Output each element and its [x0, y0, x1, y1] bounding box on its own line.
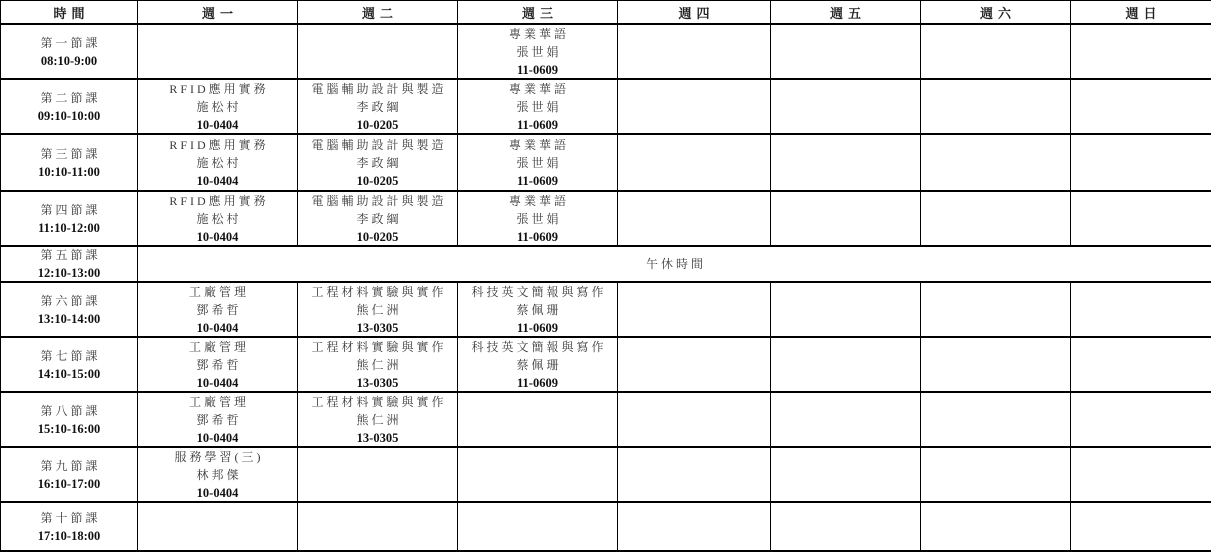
course-name: 工程材料實驗與實作: [298, 394, 457, 410]
teacher-name: 張世娟: [458, 155, 617, 171]
period-label: 第七節課: [1, 348, 137, 364]
teacher-name: 林邦傑: [138, 467, 297, 483]
period-time: 17:10-18:00: [1, 528, 137, 544]
room-number: 10-0205: [298, 117, 457, 133]
room-number: 10-0404: [138, 485, 297, 501]
period-label: 第六節課: [1, 293, 137, 309]
course-name: 服務學習(三): [138, 449, 297, 465]
empty-cell: [298, 447, 458, 502]
empty-cell: [921, 447, 1071, 502]
room-number: 11-0609: [458, 320, 617, 336]
teacher-name: 李政綱: [298, 211, 457, 227]
teacher-name: 熊仁洲: [298, 302, 457, 318]
empty-cell: [458, 502, 618, 551]
empty-cell: [771, 191, 921, 246]
period-time-cell: 第九節課16:10-17:00: [1, 447, 138, 502]
empty-cell: [921, 24, 1071, 79]
room-number: 10-0404: [138, 117, 297, 133]
period-time: 09:10-10:00: [1, 108, 137, 124]
empty-cell: [1071, 337, 1211, 392]
timetable-row: 第四節課11:10-12:00RFID應用實務施松村10-0404電腦輔助設計與…: [1, 191, 1211, 246]
period-time: 15:10-16:00: [1, 421, 137, 437]
period-time-cell: 第七節課14:10-15:00: [1, 337, 138, 392]
room-number: 11-0609: [458, 375, 617, 391]
header-tuesday: 週二: [298, 1, 458, 25]
timetable-row: 第五節課12:10-13:00午休時間: [1, 246, 1211, 282]
course-name: RFID應用實務: [138, 81, 297, 97]
room-number: 10-0205: [298, 173, 457, 189]
empty-cell: [771, 392, 921, 447]
course-cell: 科技英文簡報與寫作蔡佩珊11-0609: [458, 282, 618, 337]
empty-cell: [1071, 502, 1211, 551]
empty-cell: [771, 24, 921, 79]
course-cell: 工程材料實驗與實作熊仁洲13-0305: [298, 337, 458, 392]
empty-cell: [1071, 282, 1211, 337]
timetable-body: 第一節課08:10-9:00專業華語張世娟11-0609第二節課09:10-10…: [1, 24, 1211, 551]
course-cell: 電腦輔助設計與製造李政綱10-0205: [298, 134, 458, 191]
empty-cell: [921, 502, 1071, 551]
empty-cell: [1071, 392, 1211, 447]
empty-cell: [1071, 134, 1211, 191]
period-time: 11:10-12:00: [1, 220, 137, 236]
empty-cell: [138, 502, 298, 551]
course-cell: 工廠管理鄧希哲10-0404: [138, 337, 298, 392]
room-number: 10-0404: [138, 375, 297, 391]
timetable-row: 第二節課09:10-10:00RFID應用實務施松村10-0404電腦輔助設計與…: [1, 79, 1211, 134]
course-name: 專業華語: [458, 137, 617, 153]
course-cell: RFID應用實務施松村10-0404: [138, 134, 298, 191]
empty-cell: [298, 502, 458, 551]
period-time: 08:10-9:00: [1, 53, 137, 69]
course-name: 電腦輔助設計與製造: [298, 137, 457, 153]
teacher-name: 施松村: [138, 99, 297, 115]
timetable-row: 第八節課15:10-16:00工廠管理鄧希哲10-0404工程材料實驗與實作熊仁…: [1, 392, 1211, 447]
teacher-name: 張世娟: [458, 211, 617, 227]
room-number: 10-0404: [138, 173, 297, 189]
course-name: RFID應用實務: [138, 137, 297, 153]
header-wednesday: 週三: [458, 1, 618, 25]
timetable-row: 第三節課10:10-11:00RFID應用實務施松村10-0404電腦輔助設計與…: [1, 134, 1211, 191]
period-label: 第四節課: [1, 202, 137, 218]
empty-cell: [458, 392, 618, 447]
timetable-row: 第七節課14:10-15:00工廠管理鄧希哲10-0404工程材料實驗與實作熊仁…: [1, 337, 1211, 392]
empty-cell: [771, 337, 921, 392]
course-cell: RFID應用實務施松村10-0404: [138, 79, 298, 134]
empty-cell: [1071, 447, 1211, 502]
period-label: 第十節課: [1, 510, 137, 526]
room-number: 11-0609: [458, 173, 617, 189]
empty-cell: [618, 447, 771, 502]
teacher-name: 施松村: [138, 155, 297, 171]
timetable-table: 時間 週一 週二 週三 週四 週五 週六 週日 第一節課08:10-9:00專業…: [0, 0, 1211, 552]
empty-cell: [771, 502, 921, 551]
period-time: 13:10-14:00: [1, 311, 137, 327]
room-number: 13-0305: [298, 430, 457, 446]
empty-cell: [618, 337, 771, 392]
empty-cell: [618, 79, 771, 134]
lunch-break-cell: 午休時間: [138, 246, 1211, 282]
empty-cell: [921, 191, 1071, 246]
header-saturday: 週六: [921, 1, 1071, 25]
empty-cell: [771, 79, 921, 134]
course-cell: 專業華語張世娟11-0609: [458, 134, 618, 191]
empty-cell: [921, 282, 1071, 337]
course-name: 專業華語: [458, 193, 617, 209]
empty-cell: [618, 191, 771, 246]
period-time-cell: 第三節課10:10-11:00: [1, 134, 138, 191]
course-name: 工廠管理: [138, 284, 297, 300]
period-time-cell: 第一節課08:10-9:00: [1, 24, 138, 79]
period-time: 12:10-13:00: [1, 265, 137, 281]
header-time: 時間: [1, 1, 138, 25]
timetable: 時間 週一 週二 週三 週四 週五 週六 週日 第一節課08:10-9:00專業…: [0, 0, 1211, 558]
timetable-row: 第九節課16:10-17:00服務學習(三)林邦傑10-0404: [1, 447, 1211, 502]
course-name: 電腦輔助設計與製造: [298, 81, 457, 97]
course-name: 科技英文簡報與寫作: [458, 284, 617, 300]
header-thursday: 週四: [618, 1, 771, 25]
teacher-name: 鄧希哲: [138, 302, 297, 318]
course-cell: 科技英文簡報與寫作蔡佩珊11-0609: [458, 337, 618, 392]
room-number: 10-0404: [138, 320, 297, 336]
lunch-break-label: 午休時間: [138, 256, 1211, 272]
empty-cell: [458, 447, 618, 502]
period-time: 14:10-15:00: [1, 366, 137, 382]
course-name: 科技英文簡報與寫作: [458, 339, 617, 355]
empty-cell: [921, 79, 1071, 134]
course-cell: 工廠管理鄧希哲10-0404: [138, 282, 298, 337]
header-sunday: 週日: [1071, 1, 1211, 25]
teacher-name: 張世娟: [458, 99, 617, 115]
period-label: 第五節課: [1, 247, 137, 263]
course-name: 工程材料實驗與實作: [298, 284, 457, 300]
timetable-row: 第六節課13:10-14:00工廠管理鄧希哲10-0404工程材料實驗與實作熊仁…: [1, 282, 1211, 337]
header-monday: 週一: [138, 1, 298, 25]
course-cell: 工廠管理鄧希哲10-0404: [138, 392, 298, 447]
empty-cell: [921, 392, 1071, 447]
room-number: 11-0609: [458, 229, 617, 245]
teacher-name: 熊仁洲: [298, 357, 457, 373]
header-row: 時間 週一 週二 週三 週四 週五 週六 週日: [1, 1, 1211, 25]
course-cell: 工程材料實驗與實作熊仁洲13-0305: [298, 392, 458, 447]
course-name: 專業華語: [458, 26, 617, 42]
course-name: 專業華語: [458, 81, 617, 97]
empty-cell: [1071, 79, 1211, 134]
empty-cell: [618, 134, 771, 191]
period-time: 10:10-11:00: [1, 164, 137, 180]
course-name: 工廠管理: [138, 339, 297, 355]
room-number: 13-0305: [298, 320, 457, 336]
empty-cell: [618, 24, 771, 79]
teacher-name: 蔡佩珊: [458, 357, 617, 373]
course-cell: 服務學習(三)林邦傑10-0404: [138, 447, 298, 502]
empty-cell: [771, 282, 921, 337]
course-name: 電腦輔助設計與製造: [298, 193, 457, 209]
empty-cell: [618, 502, 771, 551]
room-number: 13-0305: [298, 375, 457, 391]
period-label: 第九節課: [1, 458, 137, 474]
empty-cell: [1071, 191, 1211, 246]
course-cell: RFID應用實務施松村10-0404: [138, 191, 298, 246]
course-name: RFID應用實務: [138, 193, 297, 209]
course-name: 工程材料實驗與實作: [298, 339, 457, 355]
course-cell: 專業華語張世娟11-0609: [458, 79, 618, 134]
room-number: 11-0609: [458, 117, 617, 133]
course-cell: 專業華語張世娟11-0609: [458, 191, 618, 246]
timetable-row: 第一節課08:10-9:00專業華語張世娟11-0609: [1, 24, 1211, 79]
empty-cell: [618, 392, 771, 447]
period-label: 第一節課: [1, 35, 137, 51]
teacher-name: 李政綱: [298, 99, 457, 115]
course-cell: 專業華語張世娟11-0609: [458, 24, 618, 79]
empty-cell: [771, 447, 921, 502]
teacher-name: 熊仁洲: [298, 412, 457, 428]
period-time-cell: 第四節課11:10-12:00: [1, 191, 138, 246]
course-name: 工廠管理: [138, 394, 297, 410]
course-cell: 電腦輔助設計與製造李政綱10-0205: [298, 191, 458, 246]
empty-cell: [921, 337, 1071, 392]
period-time-cell: 第五節課12:10-13:00: [1, 246, 138, 282]
period-time-cell: 第六節課13:10-14:00: [1, 282, 138, 337]
empty-cell: [298, 24, 458, 79]
teacher-name: 蔡佩珊: [458, 302, 617, 318]
period-label: 第二節課: [1, 90, 137, 106]
teacher-name: 張世娟: [458, 44, 617, 60]
period-label: 第三節課: [1, 146, 137, 162]
course-cell: 工程材料實驗與實作熊仁洲13-0305: [298, 282, 458, 337]
empty-cell: [771, 134, 921, 191]
teacher-name: 鄧希哲: [138, 412, 297, 428]
room-number: 11-0609: [458, 62, 617, 78]
empty-cell: [138, 24, 298, 79]
period-label: 第八節課: [1, 403, 137, 419]
teacher-name: 鄧希哲: [138, 357, 297, 373]
room-number: 10-0404: [138, 430, 297, 446]
teacher-name: 施松村: [138, 211, 297, 227]
timetable-row: 第十節課17:10-18:00: [1, 502, 1211, 551]
period-time-cell: 第八節課15:10-16:00: [1, 392, 138, 447]
period-time-cell: 第二節課09:10-10:00: [1, 79, 138, 134]
empty-cell: [1071, 24, 1211, 79]
header-friday: 週五: [771, 1, 921, 25]
empty-cell: [921, 134, 1071, 191]
period-time-cell: 第十節課17:10-18:00: [1, 502, 138, 551]
course-cell: 電腦輔助設計與製造李政綱10-0205: [298, 79, 458, 134]
period-time: 16:10-17:00: [1, 476, 137, 492]
room-number: 10-0404: [138, 229, 297, 245]
teacher-name: 李政綱: [298, 155, 457, 171]
empty-cell: [618, 282, 771, 337]
room-number: 10-0205: [298, 229, 457, 245]
